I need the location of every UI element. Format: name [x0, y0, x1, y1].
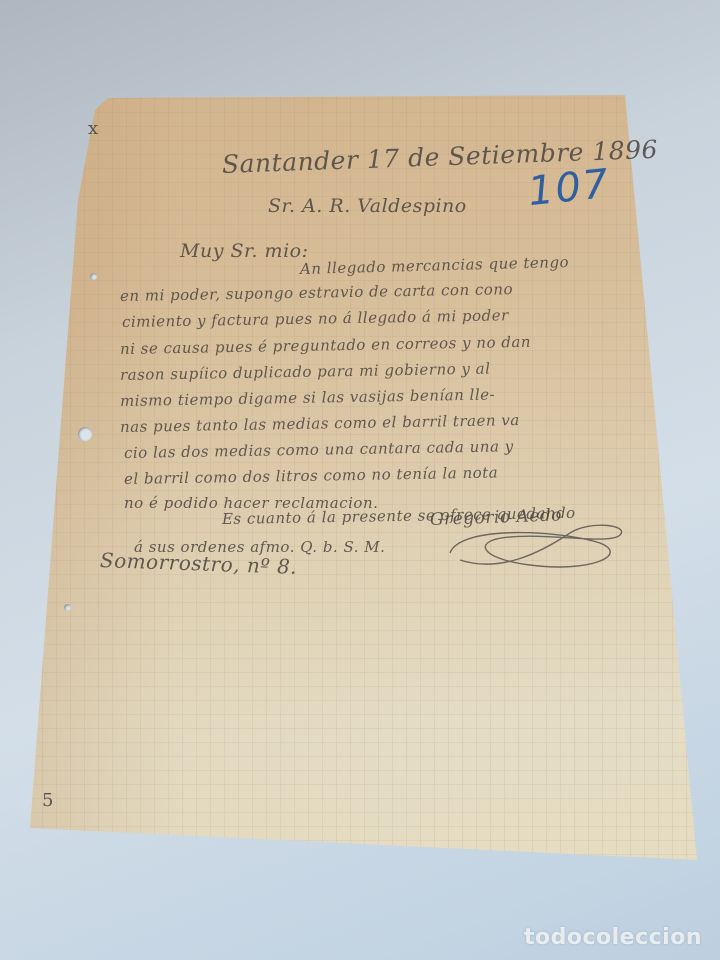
punch-hole-bottom — [64, 604, 71, 611]
photo-scene: x 5 Santander 17 de Setiembre 1896 107 S… — [0, 0, 720, 960]
addressee: Sr. A. R. Valdespino — [268, 195, 467, 217]
signature-flourish — [440, 515, 630, 575]
margin-mark-bottom-left: 5 — [42, 790, 53, 811]
punch-hole-middle — [78, 427, 92, 441]
punch-hole-top — [90, 273, 97, 280]
margin-mark-top-left: x — [88, 118, 98, 139]
archive-number: 107 — [526, 161, 613, 215]
watermark-logo: todocoleccion — [524, 925, 702, 950]
salutation: Muy Sr. mio: — [180, 240, 309, 262]
